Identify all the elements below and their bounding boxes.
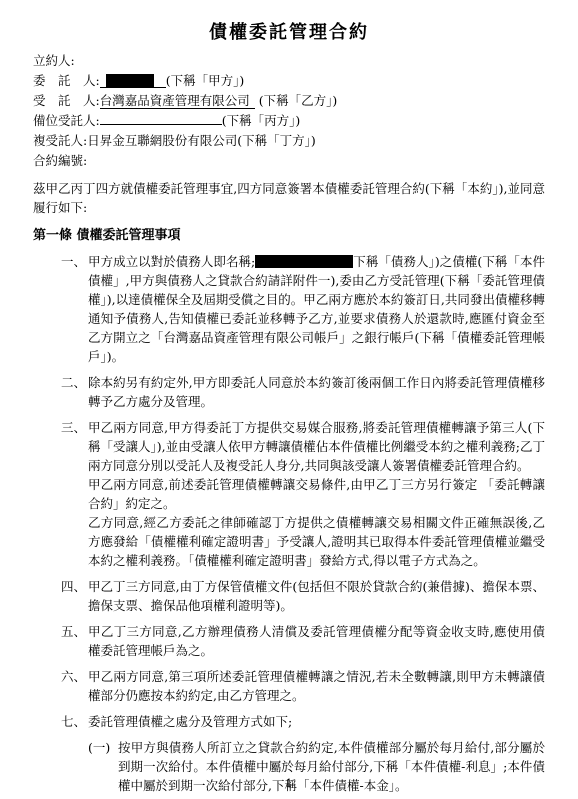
preamble-paragraph: 茲甲乙丙丁四方就債權委託管理事宜,四方同意簽署本債權委託管理合約(下稱「本約」)…	[33, 179, 545, 217]
item-text: 除本約另有約定外,甲方即委託人同意於本約簽訂後兩個工作日內將委託管理債權移轉予乙…	[88, 373, 545, 411]
blank-fill-line	[100, 111, 222, 125]
contract-clause-item: 三、甲乙兩方同意,甲方得委託丁方提供交易媒合服務,將委託管理債權轉讓予第三人(下…	[61, 418, 545, 570]
clause-paragraph: 乙方同意,經乙方委託之律師確認丁方提供之債權轉讓交易相關文件正確無誤後,乙方應發…	[88, 513, 545, 570]
item-number: 三、	[61, 418, 88, 570]
party-name: 日昇金互聯網股份有限公司	[87, 133, 237, 148]
page-number: 1	[0, 777, 578, 790]
item-text: 甲乙兩方同意,甲方得委託丁方提供交易媒合服務,將委託管理債權轉讓予第三人(下稱「…	[88, 418, 545, 570]
text-run: 甲方成立以對於債務人即名稱;	[88, 254, 255, 269]
parties-block: 立約人: 委 託 人:(下稱「甲方」)受 託 人:台灣嘉品資產管理有限公司 (下…	[33, 51, 545, 171]
clause-paragraph: 甲乙兩方同意,前述委託管理債權轉讓交易條件,由甲乙丁三方另行簽定 「委託轉讓合約…	[88, 475, 545, 513]
item-number: 六、	[61, 667, 88, 705]
party-alias: (下稱「丁方」)	[237, 133, 316, 148]
contract-clause-item: 一、甲方成立以對於債務人即名稱;下稱「債務人」)之債權(下稱「本件債權」,甲方與…	[61, 252, 545, 366]
principal-label: 立約人:	[33, 51, 545, 71]
contract-number-label: 合約編號:	[33, 151, 545, 171]
contract-document-page: 債權委託管理合約 立約人: 委 託 人:(下稱「甲方」)受 託 人:台灣嘉品資產…	[0, 0, 578, 799]
clause-paragraph: 甲乙兩方同意,第三項所述委託管理債權轉讓之情況,若未全數轉讓,則甲方未轉讓債權部…	[88, 667, 545, 705]
item-number: 四、	[61, 577, 88, 615]
contract-clause-item: 二、除本約另有約定外,甲方即委託人同意於本約簽訂後兩個工作日內將委託管理債權移轉…	[61, 373, 545, 411]
party-role-label: 備位受託人:	[33, 113, 100, 128]
redaction-box	[106, 74, 154, 87]
party-row: 複受託人:日昇金互聯網股份有限公司(下稱「丁方」)	[33, 131, 545, 151]
clause-paragraph: 除本約另有約定外,甲方即委託人同意於本約簽訂後兩個工作日內將委託管理債權移轉予乙…	[88, 373, 545, 411]
party-rows: 委 託 人:(下稱「甲方」)受 託 人:台灣嘉品資產管理有限公司 (下稱「乙方」…	[33, 71, 545, 151]
party-row: 委 託 人:(下稱「甲方」)	[33, 71, 545, 91]
clause-paragraph: 甲方成立以對於債務人即名稱;下稱「債務人」)之債權(下稱「本件債權」,甲方與債務…	[88, 252, 545, 366]
item-number: 二、	[61, 373, 88, 411]
item-number: 一、	[61, 252, 88, 366]
party-name: 台灣嘉品資產管理有限公司	[100, 93, 255, 109]
item-text: 甲乙兩方同意,第三項所述委託管理債權轉讓之情況,若未全數轉讓,則甲方未轉讓債權部…	[88, 667, 545, 705]
contract-clause-item: 六、甲乙兩方同意,第三項所述委託管理債權轉讓之情況,若未全數轉讓,則甲方未轉讓債…	[61, 667, 545, 705]
clause-paragraph: 甲乙兩方同意,甲方得委託丁方提供交易媒合服務,將委託管理債權轉讓予第三人(下稱「…	[88, 418, 545, 475]
contract-clause-item: 四、甲乙丁三方同意,由丁方保管債權文件(包括但不限於貸款合約(兼借據)、擔保本票…	[61, 577, 545, 615]
clause-paragraph: 甲乙丁三方同意,由丁方保管債權文件(包括但不限於貸款合約(兼借據)、擔保本票、擔…	[88, 577, 545, 615]
party-alias: (下稱「甲方」)	[166, 73, 245, 88]
contract-clause-item: 五、甲乙丁三方同意,乙方辦理債務人清償及委託管理債權分配等資金收支時,應使用債權…	[61, 622, 545, 660]
party-row: 受 託 人:台灣嘉品資產管理有限公司 (下稱「乙方」)	[33, 91, 545, 111]
item-text: 甲方成立以對於債務人即名稱;下稱「債務人」)之債權(下稱「本件債權」,甲方與債務…	[88, 252, 545, 366]
party-role-label: 委 託 人:	[33, 73, 100, 88]
clause-paragraph: 甲乙丁三方同意,乙方辦理債務人清償及委託管理債權分配等資金收支時,應使用債權委託…	[88, 622, 545, 660]
redaction-box	[255, 255, 353, 268]
section-1-clauses: 一、甲方成立以對於債務人即名稱;下稱「債務人」)之債權(下稱「本件債權」,甲方與…	[33, 252, 545, 795]
party-role-label: 受 託 人:	[33, 93, 100, 108]
item-number: 五、	[61, 622, 88, 660]
party-row: 備位受託人:(下稱「丙方」)	[33, 111, 545, 131]
text-run: 下稱「債務人」)之債權(下稱「本件債權」,甲方與債務人之貸款合約請詳附件一),委…	[88, 254, 545, 364]
item-text: 甲乙丁三方同意,乙方辦理債務人清償及委託管理債權分配等資金收支時,應使用債權委託…	[88, 622, 545, 660]
party-role-label: 複受託人:	[33, 133, 87, 148]
document-title: 債權委託管理合約	[33, 20, 545, 46]
section-1-heading: 第一條 債權委託管理事項	[33, 226, 545, 245]
party-alias: (下稱「乙方」)	[255, 93, 337, 108]
item-text: 甲乙丁三方同意,由丁方保管債權文件(包括但不限於貸款合約(兼借據)、擔保本票、擔…	[88, 577, 545, 615]
party-alias: (下稱「丙方」)	[222, 113, 301, 128]
clause-paragraph: 委託管理債權之處分及管理方式如下;	[88, 712, 545, 731]
party-name-underline	[100, 73, 166, 88]
